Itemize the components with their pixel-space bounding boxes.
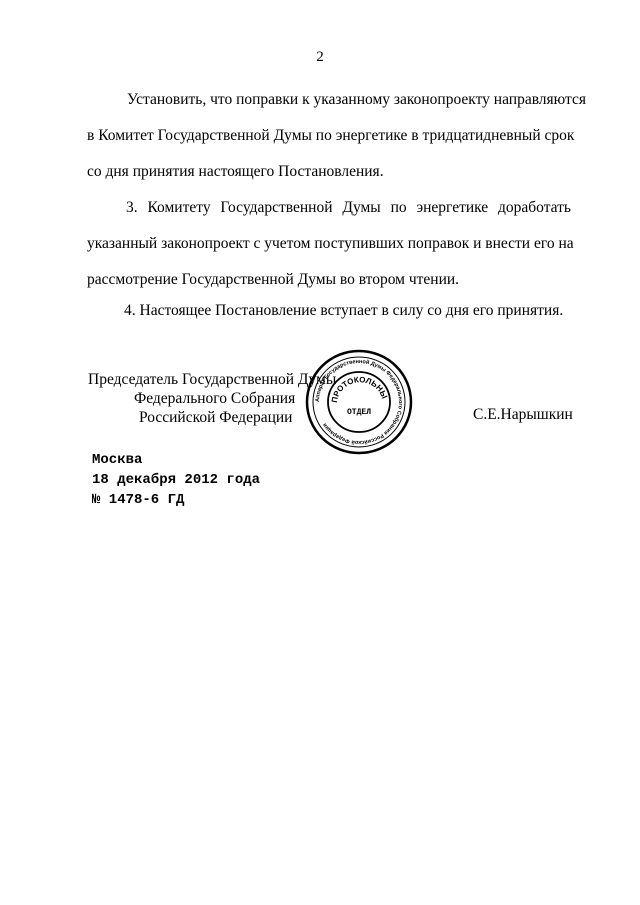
paragraph-4-line-1: 4. Настоящее Постановление вступает в си… [124, 302, 563, 320]
footer-city: Москва [92, 450, 142, 470]
paragraph-2-line-1: Установить, что поправки к указанному за… [127, 91, 571, 109]
stamp-center-bottom-text: ОТДЕЛ [347, 408, 371, 417]
paragraph-2-line-2: в Комитет Государственной Думы по энерге… [87, 127, 571, 145]
paragraph-3-line-3: рассмотрение Государственной Думы во вто… [87, 271, 459, 289]
paragraph-2-line-3: со дня принятия настоящего Постановления… [87, 163, 384, 181]
paragraph-3-line-2: указанный законопроект с учетом поступив… [87, 235, 571, 253]
footer-date: 18 декабря 2012 года [92, 470, 260, 490]
official-stamp: Аппарат Государственной Думы Федеральног… [304, 348, 414, 456]
signatory-name: С.Е.Нарышкин [473, 405, 573, 424]
paragraph-3-line-1: 3. Комитету Государственной Думы по энер… [126, 199, 571, 217]
footer-number: № 1478-6 ГД [92, 490, 184, 510]
page-number: 2 [0, 49, 640, 66]
